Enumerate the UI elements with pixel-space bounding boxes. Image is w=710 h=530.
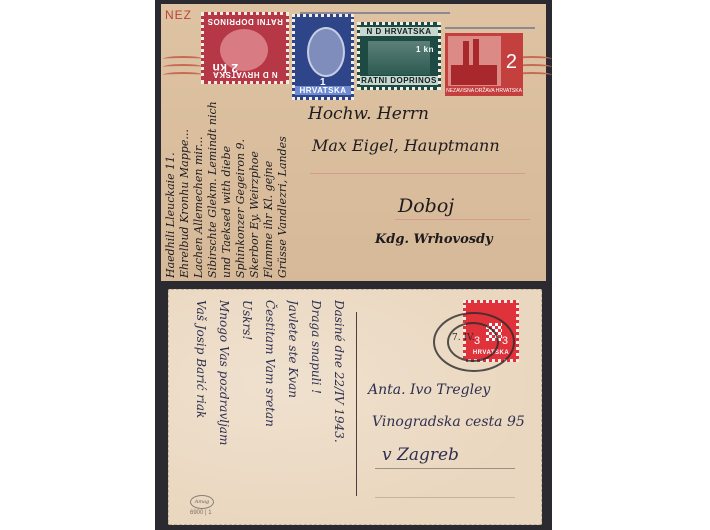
message-line: Vaš Josip Barić riak: [189, 300, 212, 500]
message-line: Flamme ihr Kl. gejne: [262, 88, 276, 278]
message-line: Haedhili Lleuckaie 11.: [164, 88, 178, 278]
address-rule: [395, 219, 530, 220]
portrait-icon: [307, 27, 345, 77]
address-line-3: Doboj: [398, 195, 454, 217]
publisher-logo: Amag: [190, 495, 214, 509]
message-line: Sibirschte Glekm. Lemindt nich: [206, 88, 220, 278]
stamp-text: HRVATSKA: [295, 86, 351, 95]
card-header-text: NEZ: [165, 8, 192, 22]
stamp-text: RATNI DOPRINOS: [360, 76, 438, 85]
postmark-date: 7. IV.: [452, 333, 475, 343]
message-line: und Taeksed with diebe: [220, 88, 234, 278]
wave-cancel-left: [163, 56, 203, 78]
stamp-blue-portrait: 1 N D HRVATSKA: [292, 14, 354, 100]
address-line-1: Hochw. Herrn: [308, 104, 429, 124]
card-divider-line: [356, 312, 357, 496]
message-line: Mnogo Vas pozdravljam: [212, 300, 235, 500]
message-line: Ehrelbud Kronhu Mappe...: [178, 88, 192, 278]
stamp-red-semipostal: RATNI DOPRINOS N D HRVATSKA 2 kn: [201, 12, 289, 84]
address-rule: [310, 173, 525, 174]
stamp-value: 2 kn: [212, 61, 238, 75]
stamp-green-ruins: N D HRVATSKA 1 kn RATNI DOPRINOS: [357, 22, 441, 90]
message-block: Haedhili Lleuckaie 11. Ehrelbud Kronhu M…: [164, 88, 292, 278]
address-line-3: v Zagreb: [382, 445, 459, 465]
machine-cancel-bar: [445, 27, 535, 29]
message-line: Sphinkonzer Gegeiron 9.: [234, 88, 248, 278]
message-line: Javlete ste Kvan: [281, 300, 304, 500]
imprinted-stamp-zagreb-cathedral: 2 NEZAVISNA DRŽAVA HRVATSKA: [445, 33, 523, 96]
message-line: Uskrs!: [235, 300, 258, 500]
address-line-2: Vinogradska cesta 95: [372, 414, 525, 430]
stamp-value: 2: [506, 51, 517, 74]
message-line: Čestitam Vam sretan: [258, 300, 281, 500]
message-line: Draga snapuli !: [304, 300, 327, 500]
stamp-value: 1 kn: [416, 45, 434, 54]
address-rule: [375, 468, 515, 469]
address-rule: [375, 497, 515, 498]
publisher-code: 6900 | 1: [190, 510, 212, 516]
address-line-2: Max Eigel, Hauptmann: [312, 136, 500, 155]
stamp-caption: NEZAVISNA DRŽAVA HRVATSKA: [445, 88, 523, 94]
message-line: Lachen Allemechen mir...: [192, 88, 206, 278]
stamp-town: [451, 65, 497, 85]
message-block: Dasiné dne 22/IV 1943. Draga snapuli ! J…: [178, 300, 350, 500]
message-line: Grüsse Vandlezri, Landes: [276, 88, 290, 278]
stamp-text: N D HRVATSKA: [360, 27, 438, 36]
address-line-4: Kdg. Wrhovosdy: [375, 232, 493, 247]
message-line: Skerbor Ey. Weirzphoe: [248, 88, 262, 278]
stamp-text: RATNI DOPRINOS: [204, 17, 286, 26]
address-line-1: Anta. Ivo Tregley: [368, 382, 490, 398]
message-line: Dasiné dne 22/IV 1943.: [327, 300, 350, 500]
